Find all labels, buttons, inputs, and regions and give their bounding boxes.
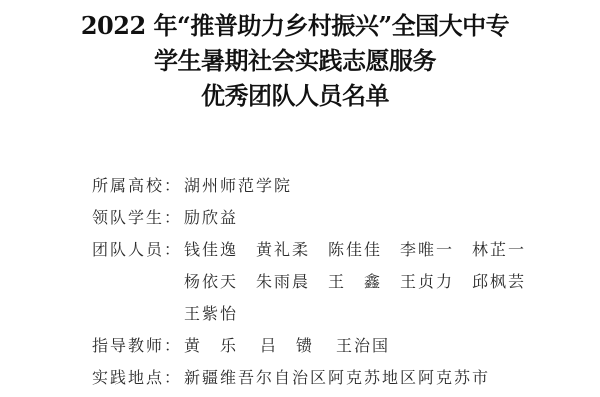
location-row: 实践地点： 新疆维吾尔自治区阿克苏地区阿克苏市 — [92, 362, 184, 394]
school-row: 所属高校： 湖州师范学院 — [92, 170, 184, 202]
advisors-label: 指导教师： — [92, 330, 184, 362]
school-label: 所属高校： — [92, 170, 184, 202]
member-name: 邱枫芸 — [472, 266, 544, 298]
member-name: 朱雨晨 — [256, 266, 328, 298]
advisor-name: 黄 乐 — [184, 330, 238, 362]
team-info: 所属高校： 湖州师范学院 领队学生： 励欣益 团队人员： 钱佳逸黄礼柔陈佳佳李唯… — [92, 170, 184, 394]
member-name: 王贞力 — [400, 266, 472, 298]
members-row: 团队人员： 钱佳逸黄礼柔陈佳佳李唯一林芷一 杨依天朱雨晨王 鑫王贞力邱枫芸 王紫… — [92, 234, 184, 330]
member-name: 林芷一 — [472, 234, 544, 266]
location-label: 实践地点： — [92, 362, 184, 394]
leader-label: 领队学生： — [92, 202, 184, 234]
member-name: 黄礼柔 — [256, 234, 328, 266]
member-name: 李唯一 — [400, 234, 472, 266]
members-label: 团队人员： — [92, 234, 184, 266]
title-line-2: 学生暑期社会实践志愿服务 — [0, 43, 590, 78]
member-name: 钱佳逸 — [184, 234, 256, 266]
advisors-value: 黄 乐吕 镄王治国 — [184, 330, 412, 362]
member-name: 王 鑫 — [328, 266, 400, 298]
title-line-1: 2022 年“推普助力乡村振兴”全国大中专 — [0, 8, 590, 43]
members-line-2: 杨依天朱雨晨王 鑫王贞力邱枫芸 — [184, 266, 584, 298]
advisors-row: 指导教师： 黄 乐吕 镄王治国 — [92, 330, 184, 362]
school-value: 湖州师范学院 — [184, 170, 292, 202]
members-list: 钱佳逸黄礼柔陈佳佳李唯一林芷一 杨依天朱雨晨王 鑫王贞力邱枫芸 王紫怡 — [184, 234, 584, 330]
member-name: 陈佳佳 — [328, 234, 400, 266]
members-line-1: 钱佳逸黄礼柔陈佳佳李唯一林芷一 — [184, 234, 584, 266]
member-name: 杨依天 — [184, 266, 256, 298]
leader-row: 领队学生： 励欣益 — [92, 202, 184, 234]
advisor-name: 王治国 — [336, 330, 390, 362]
members-line-3: 王紫怡 — [184, 298, 584, 330]
title-line-3: 优秀团队人员名单 — [0, 78, 590, 113]
advisor-name: 吕 镄 — [260, 330, 314, 362]
leader-value: 励欣益 — [184, 202, 238, 234]
document-title: 2022 年“推普助力乡村振兴”全国大中专 学生暑期社会实践志愿服务 优秀团队人… — [0, 8, 590, 113]
member-name: 王紫怡 — [184, 298, 256, 330]
location-value: 新疆维吾尔自治区阿克苏地区阿克苏市 — [184, 362, 490, 394]
